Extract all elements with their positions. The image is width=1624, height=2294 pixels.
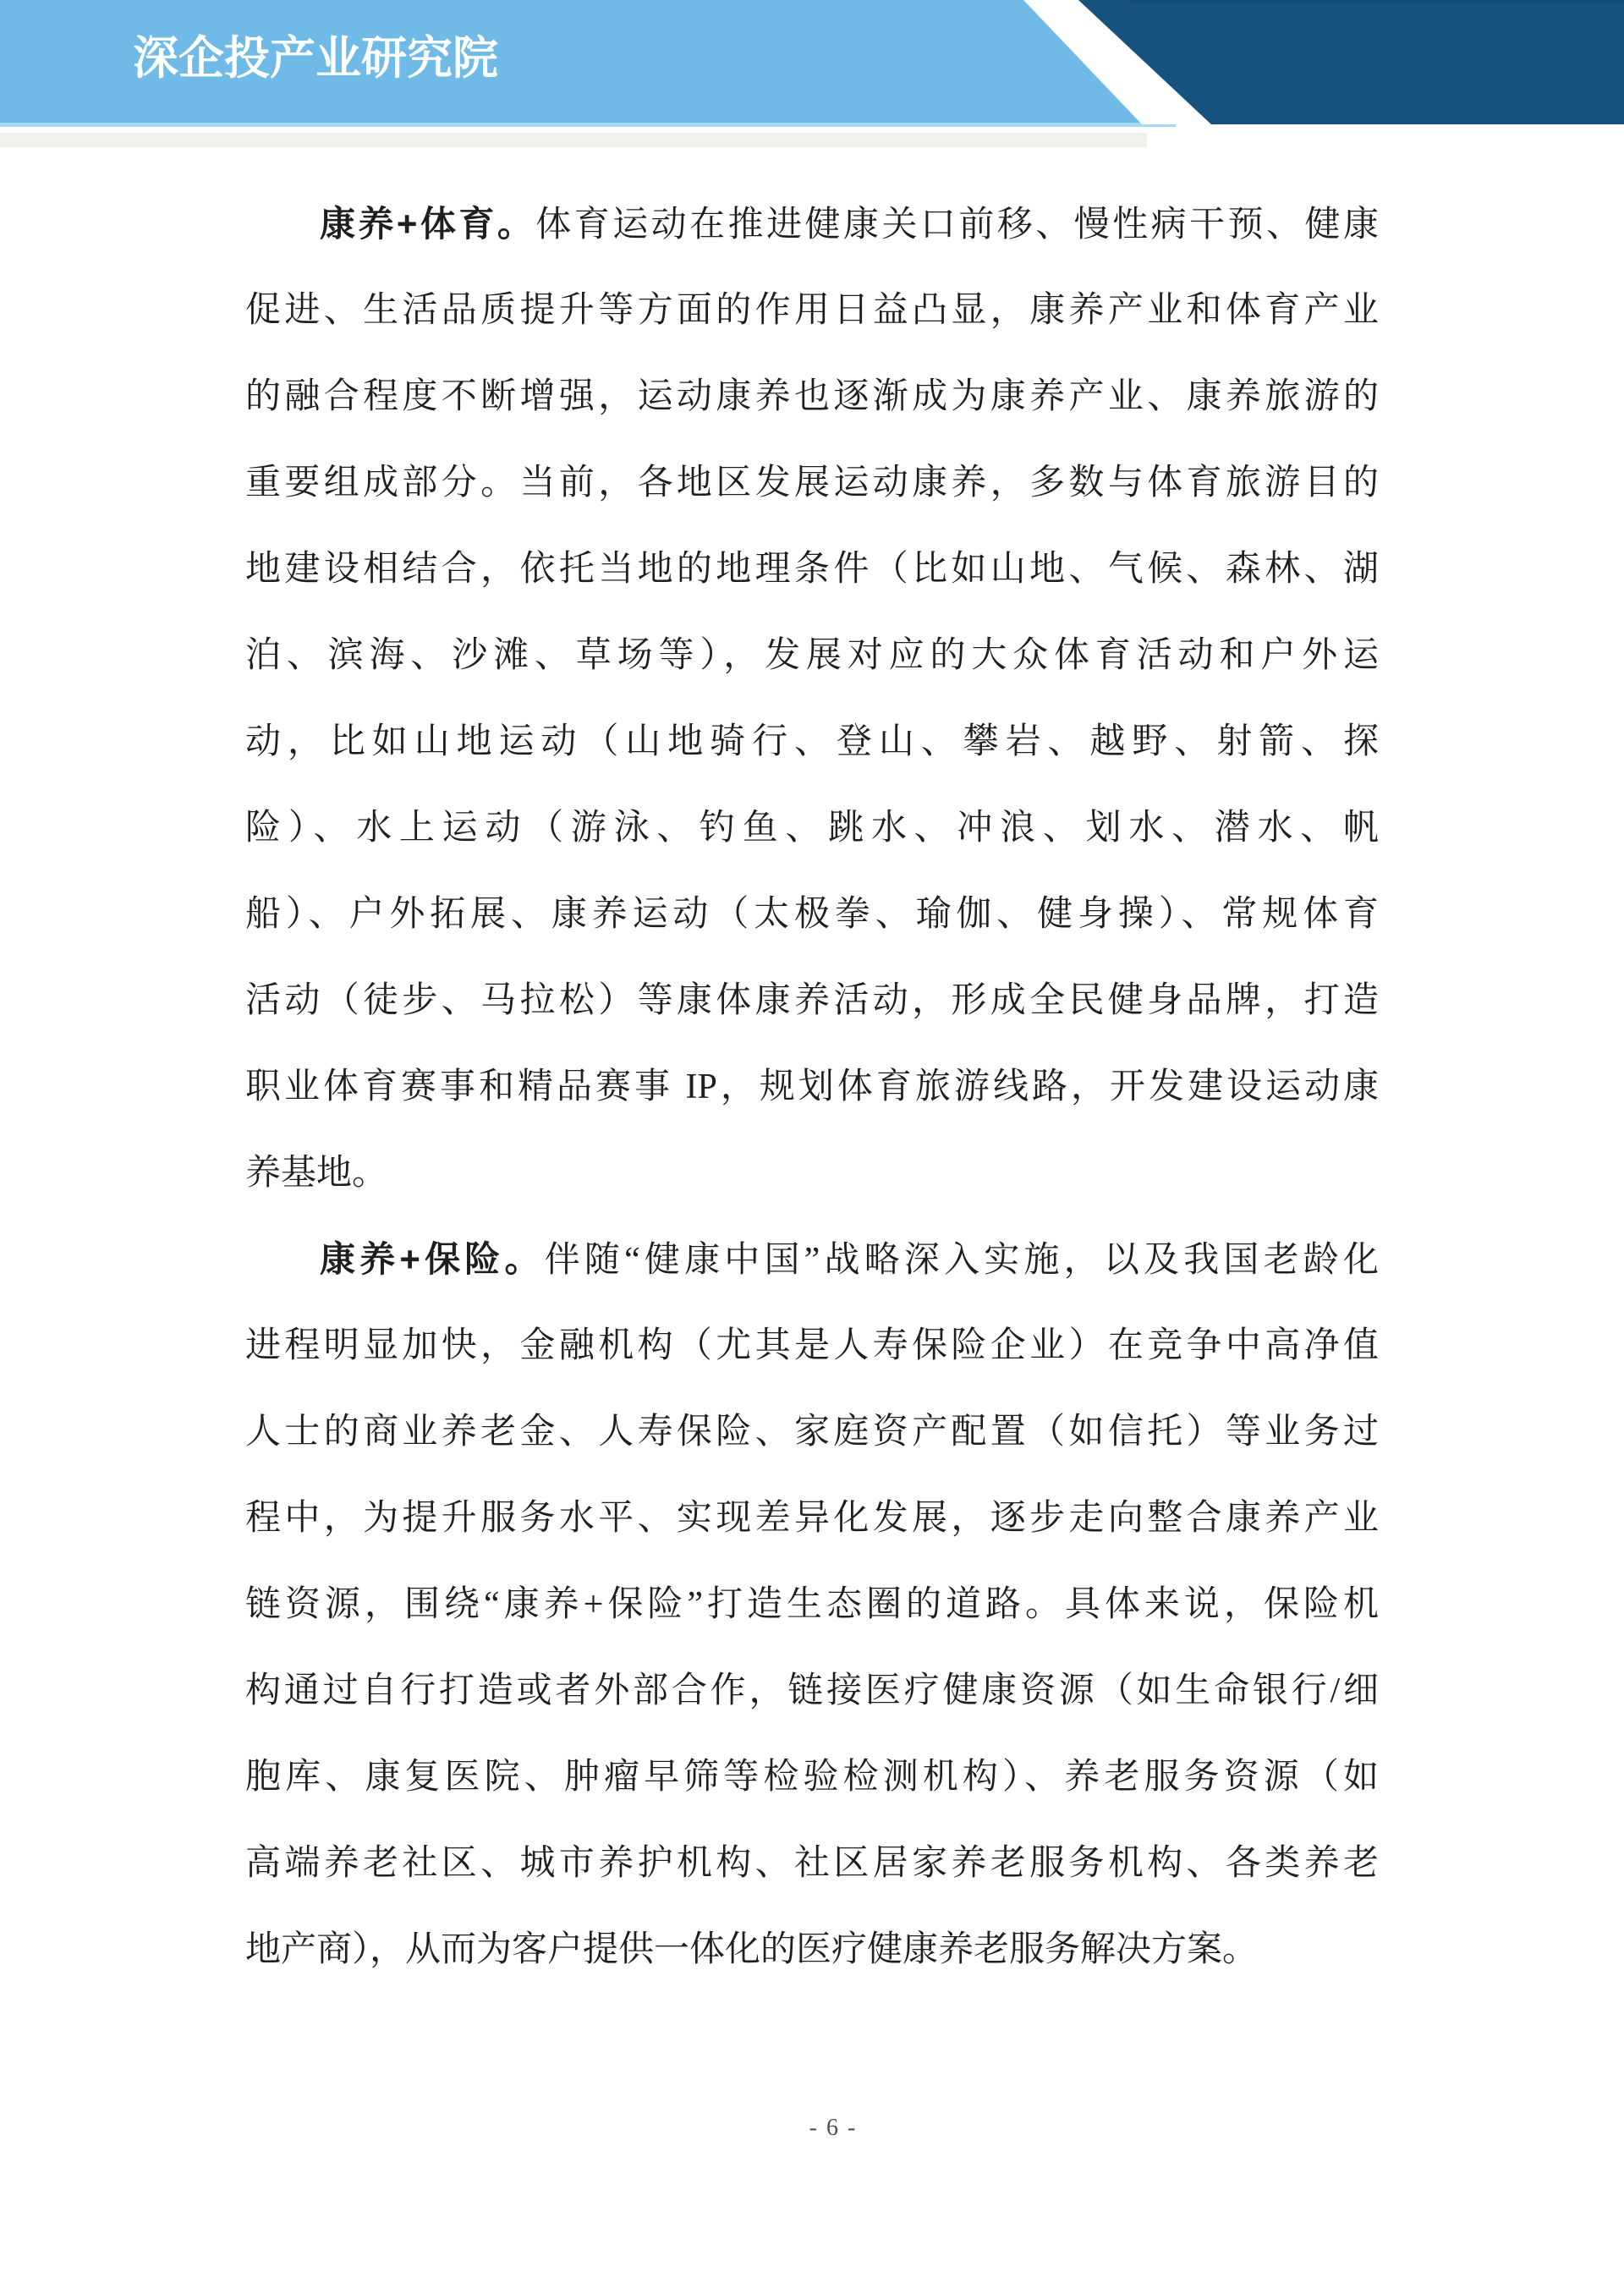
paragraph-line: 的融合程度不断增强，运动康养也逐渐成为康养产业、康养旅游的: [245, 354, 1379, 440]
paragraph-line: 活动（徒步、马拉松）等康体康养活动，形成全民健身品牌，打造: [245, 958, 1379, 1044]
paragraph-line: 人士的商业养老金、人寿保险、家庭资产配置（如信托）等业务过: [245, 1389, 1379, 1475]
paragraph-kangyang-insurance: 康养+保险。伴随“健康中国”战略深入实施，以及我国老龄化 进程明显加快，金融机构…: [245, 1216, 1379, 1993]
paragraph-line: 重要组成部分。当前，各地区发展运动康养，多数与体育旅游目的: [245, 440, 1379, 526]
paragraph-line: 高端养老社区、城市养护机构、社区居家养老服务机构、各类养老: [245, 1820, 1379, 1907]
header-bottom-edge: [0, 123, 1176, 127]
paragraph-line: 程中，为提升服务水平、实现差异化发展，逐步走向整合康养产业: [245, 1475, 1379, 1561]
paragraph-line: 船）、户外拓展、康养运动（太极拳、瑜伽、健身操）、常规体育: [245, 871, 1379, 958]
page-number: - 6 -: [21, 2115, 1624, 2142]
paragraph-line-text: 伴随“健康中国”战略深入实施，以及我国老龄化: [545, 1241, 1379, 1280]
header-underline-artifact: [0, 133, 1147, 147]
paragraph-line: 泊、滨海、沙滩、草场等），发展对应的大众体育活动和户外运: [245, 612, 1379, 699]
paragraph-lead: 康养+保险。: [320, 1239, 545, 1279]
paragraph-line: 动，比如山地运动（山地骑行、登山、攀岩、越野、射箭、探: [245, 699, 1379, 785]
paragraph-line: 地产商），从而为客户提供一体化的医疗健康养老服务解决方案。: [245, 1907, 1379, 1993]
paragraph-line: 养基地。: [245, 1130, 1379, 1216]
paragraph-line: 险）、水上运动（游泳、钓鱼、跳水、冲浪、划水、潜水、帆: [245, 785, 1379, 871]
page-header: 深企投产业研究院: [0, 0, 1624, 128]
paragraph-lead: 康养+体育。: [320, 204, 535, 244]
document-page: 深企投产业研究院 康养+体育。体育运动在推进健康关口前移、慢性病干预、健康 促进…: [0, 0, 1624, 2294]
paragraph-line-text: 体育运动在推进健康关口前移、慢性病干预、健康: [535, 206, 1379, 244]
paragraph-line: 康养+体育。体育运动在推进健康关口前移、慢性病干预、健康: [245, 181, 1379, 267]
paragraph-line: 胞库、康复医院、肿瘤早筛等检验检测机构）、养老服务资源（如: [245, 1734, 1379, 1820]
paragraph-line: 康养+保险。伴随“健康中国”战略深入实施，以及我国老龄化: [245, 1216, 1379, 1303]
brand-logo-text: 深企投产业研究院: [133, 34, 498, 84]
header-top-accent-line: [1129, 0, 1624, 3]
paragraph-line: 构通过自行打造或者外部合作，链接医疗健康资源（如生命银行/细: [245, 1648, 1379, 1734]
document-body: 康养+体育。体育运动在推进健康关口前移、慢性病干预、健康 促进、生活品质提升等方…: [245, 181, 1379, 1993]
paragraph-line: 链资源，围绕“康养+保险”打造生态圈的道路。具体来说，保险机: [245, 1561, 1379, 1648]
paragraph-line: 职业体育赛事和精品赛事 IP，规划体育旅游线路，开发建设运动康: [245, 1044, 1379, 1130]
paragraph-kangyang-sports: 康养+体育。体育运动在推进健康关口前移、慢性病干预、健康 促进、生活品质提升等方…: [245, 181, 1379, 1216]
paragraph-line: 促进、生活品质提升等方面的作用日益凸显，康养产业和体育产业: [245, 267, 1379, 354]
paragraph-line: 地建设相结合，依托当地的地理条件（比如山地、气候、森林、湖: [245, 526, 1379, 612]
paragraph-line: 进程明显加快，金融机构（尤其是人寿保险企业）在竞争中高净值: [245, 1303, 1379, 1389]
